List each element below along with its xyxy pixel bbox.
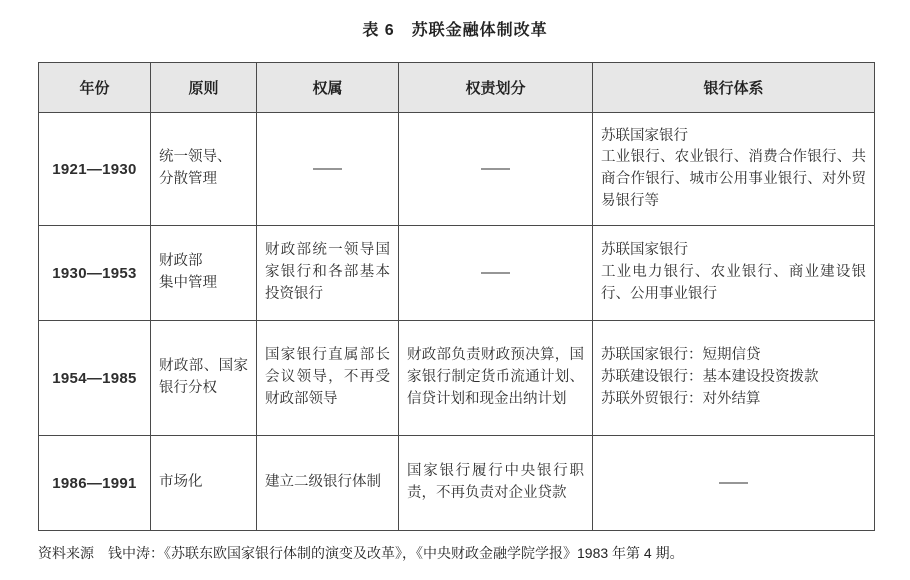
- cell-division: 国家银行履行中央银行职责，不再负责对企业贷款: [399, 436, 593, 531]
- header-row: 年份 原则 权属 权责划分 银行体系: [39, 63, 875, 113]
- column-header-banking: 银行体系: [593, 63, 875, 113]
- cell-banking: 苏联国家银行 工业银行、农业银行、消费合作银行、共商合作银行、城市公用事业银行、…: [593, 113, 875, 226]
- cell-ownership: 建立二级银行体制: [257, 436, 399, 531]
- table-header: 年份 原则 权属 权责划分 银行体系: [39, 63, 875, 113]
- cell-principle: 财政部 集中管理: [151, 226, 257, 321]
- cell-principle: 统一领导、 分散管理: [151, 113, 257, 226]
- column-header-year: 年份: [39, 63, 151, 113]
- source-note: 资料来源 钱中涛：《苏联东欧国家银行体制的演变及改革》，《中央财政金融学院学报》…: [38, 543, 888, 563]
- reform-table: 年份 原则 权属 权责划分 银行体系 1921—1930 统一领导、 分散管理 …: [38, 62, 875, 531]
- cell-year: 1954—1985: [39, 321, 151, 436]
- column-header-principle: 原则: [151, 63, 257, 113]
- document-page: 表 6 苏联金融体制改革 年份 原则 权属 权责划分 银行体系 1921—193…: [0, 0, 910, 580]
- cell-year: 1921—1930: [39, 113, 151, 226]
- cell-banking: ——: [593, 436, 875, 531]
- column-header-ownership: 权属: [257, 63, 399, 113]
- cell-ownership: 财政部统一领导国家银行和各部基本投资银行: [257, 226, 399, 321]
- cell-division: ——: [399, 113, 593, 226]
- table-row: 1986—1991 市场化 建立二级银行体制 国家银行履行中央银行职责，不再负责…: [39, 436, 875, 531]
- column-header-division: 权责划分: [399, 63, 593, 113]
- table-row: 1921—1930 统一领导、 分散管理 —— —— 苏联国家银行 工业银行、农…: [39, 113, 875, 226]
- cell-year: 1930—1953: [39, 226, 151, 321]
- cell-ownership: 国家银行直属部长会议领导，不再受财政部领导: [257, 321, 399, 436]
- cell-division: 财政部负责财政预决算，国家银行制定货币流通计划、信贷计划和现金出纳计划: [399, 321, 593, 436]
- cell-division: ——: [399, 226, 593, 321]
- cell-banking: 苏联国家银行：短期信贷 苏联建设银行：基本建设投资拨款 苏联外贸银行：对外结算: [593, 321, 875, 436]
- cell-banking: 苏联国家银行 工业电力银行、农业银行、商业建设银行、公用事业银行: [593, 226, 875, 321]
- table-row: 1954—1985 财政部、国家银行分权 国家银行直属部长会议领导，不再受财政部…: [39, 321, 875, 436]
- table-row: 1930—1953 财政部 集中管理 财政部统一领导国家银行和各部基本投资银行 …: [39, 226, 875, 321]
- table-title: 表 6 苏联金融体制改革: [0, 17, 910, 40]
- cell-principle: 财政部、国家银行分权: [151, 321, 257, 436]
- cell-ownership: ——: [257, 113, 399, 226]
- cell-principle: 市场化: [151, 436, 257, 531]
- table-body: 1921—1930 统一领导、 分散管理 —— —— 苏联国家银行 工业银行、农…: [39, 113, 875, 531]
- cell-year: 1986—1991: [39, 436, 151, 531]
